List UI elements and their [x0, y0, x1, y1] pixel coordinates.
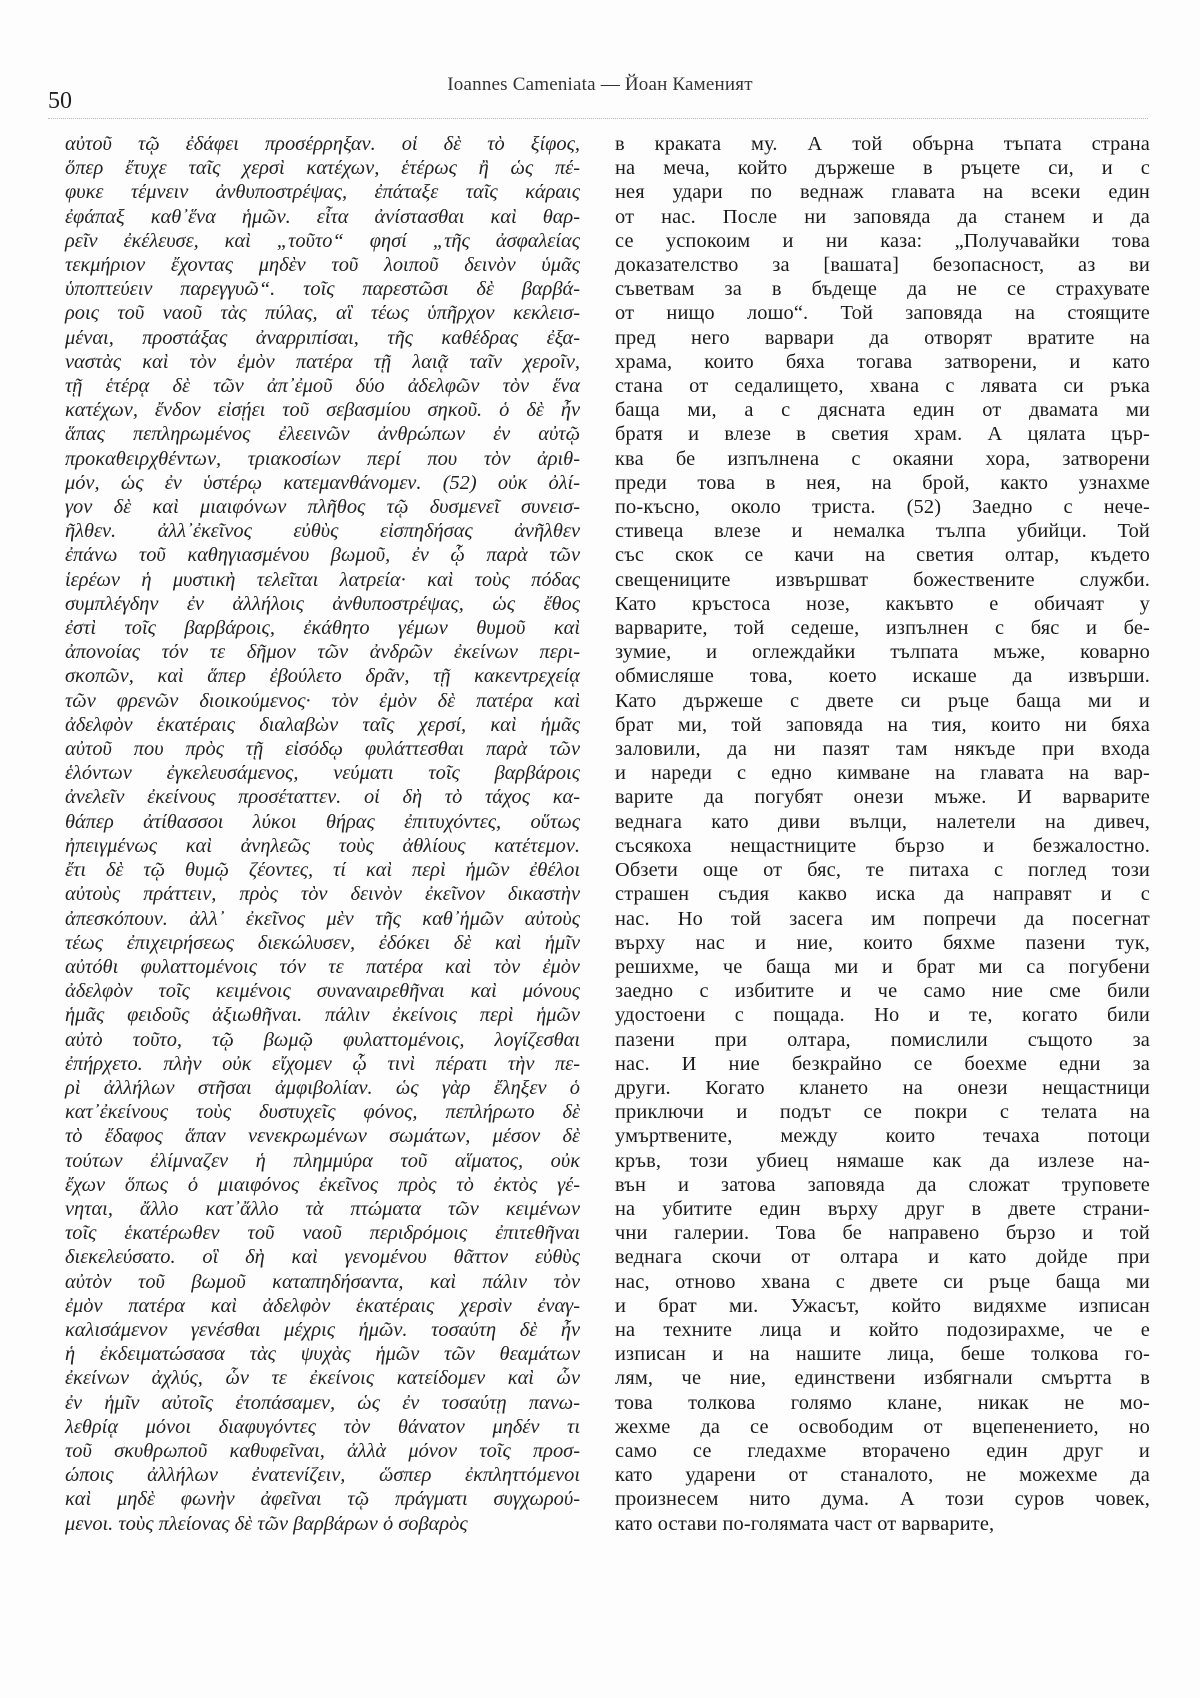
text-line: ἱερέων ἡ μυστικὴ τελεῖται λατρεία· καὶ τ… — [65, 568, 580, 592]
text-line: λεθρίᾳ μόνοι διαφυγόντες τὸν θάνατον μηδ… — [65, 1415, 580, 1439]
text-line: ναστὰς καὶ τὸν ἐμὸν πατέρα τῇ λαιᾷ ταῖν … — [65, 350, 580, 374]
text-line: по-късно, около триста. (52) Заедно с не… — [615, 495, 1150, 519]
text-line: ἐν ἡμῖν αὐτοῖς ἐτοπάσαμεν, ὡς ἐν τοσαύτῃ… — [65, 1391, 580, 1415]
text-line: умъртвените, между които течаха потоци — [615, 1124, 1150, 1148]
text-line: братя и влезе в светия храм. А цялата цъ… — [615, 422, 1150, 446]
text-line: ἡμᾶς φειδοῦς ἀξιωθῆναι. πάλιν ἐκείνοις π… — [65, 1003, 580, 1027]
text-line: нея удари по веднаж главата на всеки еди… — [615, 180, 1150, 204]
text-line: само се гледахме вторачено един друг и — [615, 1439, 1150, 1463]
text-line: σκοπῶν, καὶ ἅπερ ἐβούλετο δρᾶν, τῇ κακεν… — [65, 664, 580, 688]
text-line: ἐστὶ τοῖς βαρβάροις, ἐκάθητο γέμων θυμοῦ… — [65, 616, 580, 640]
bulgarian-text-column: в краката му. А той обърна тъпата страна… — [615, 132, 1150, 1536]
text-line: нас. И ние безкрайно се боехме едни за — [615, 1052, 1150, 1076]
text-line: брат ми, той заповяда на тия, които ни б… — [615, 713, 1150, 737]
text-line: жехме да се освободим от вцепенението, н… — [615, 1415, 1150, 1439]
text-line: кръв, този убиец нямаше как да излезе на… — [615, 1149, 1150, 1173]
text-line: веднага скочи от олтара и като дойде при — [615, 1245, 1150, 1269]
text-line: зумие, и оглеждайки тълпата мъже, коварн… — [615, 640, 1150, 664]
text-line: веднага като диви вълци, налетели на див… — [615, 810, 1150, 834]
text-line: τῇ ἑτέρᾳ δὲ τῶν ἀπ᾽ἐμοῦ δύο ἀδελφῶν τὸν … — [65, 374, 580, 398]
text-line: варите да погубят онези мъже. И варварит… — [615, 785, 1150, 809]
text-line: решихме, че баща ми и брат ми са погубен… — [615, 955, 1150, 979]
text-line: συμπλέγδην ἐν ἀλλήλοις ἀνθυποστρέψας, ὡς… — [65, 592, 580, 616]
text-line: храма, които бяха тогава затворени, и ка… — [615, 350, 1150, 374]
text-line: на убитите един върху друг в двете стран… — [615, 1197, 1150, 1221]
text-line: на меча, който държеше в ръцете си, и с — [615, 156, 1150, 180]
text-line: изписан и на нашите лица, беше толкова г… — [615, 1342, 1150, 1366]
text-line: μενοι. τοὺς πλείονας δὲ τῶν βαρβάρων ὁ σ… — [65, 1512, 580, 1536]
text-line: чни галерии. Това бе направено бързо и т… — [615, 1221, 1150, 1245]
text-line: и брат ми. Ужасът, който видяхме изписан — [615, 1294, 1150, 1318]
page-number: 50 — [48, 88, 72, 115]
text-line: върху нас и ние, които бяхме пазени тук, — [615, 931, 1150, 955]
text-line: преди това в нея, на брой, както узнахме — [615, 471, 1150, 495]
text-line: вън и затова заповяда да сложат труповет… — [615, 1173, 1150, 1197]
text-line: θάπερ ἀτίθασσοι λύκοι θήρας ἐπιτυχόντες,… — [65, 810, 580, 834]
text-line: αὐτοὺς πράττειν, πρὸς τὸν δεινὸν ἐκεῖνον… — [65, 882, 580, 906]
text-line: други. Когато клането на онези нещастниц… — [615, 1076, 1150, 1100]
book-page: 50 Ioannes Cameniata — Йоан Каменият αὐτ… — [0, 0, 1200, 1698]
text-line: ἐπήρχετο. πλὴν οὐκ εἴχομεν ᾧ τινὶ πέρατι… — [65, 1052, 580, 1076]
text-line: като остави по-голямата част от варварит… — [615, 1512, 1150, 1536]
text-line: лям, че ние, единствени избягнали смъртт… — [615, 1366, 1150, 1390]
text-line: ἅπας πεπληρωμένος ἐλεεινῶν ἀνθρώπων ἐν α… — [65, 422, 580, 446]
text-line: ὑποπτεύειν παρεγγυῶ“. τοῖς παρεστῶσι δὲ … — [65, 277, 580, 301]
text-line: варварите, той седеше, изпълнен с бяс и … — [615, 616, 1150, 640]
text-line: ρεῖν ἐκέλευσε, καὶ „τοῦτο“ φησί „τῆς ἀσφ… — [65, 229, 580, 253]
text-line: нас, отново хвана с двете си ръце баща м… — [615, 1270, 1150, 1294]
text-line: Като държеше с двете си ръце баща ми и — [615, 689, 1150, 713]
text-line: μέναι, προστάξας ἀναρριπίσαι, τῆς καθέδρ… — [65, 326, 580, 350]
text-line: свещениците извършват божествените служб… — [615, 568, 1150, 592]
text-line: ἀπεσκόπουν. ἀλλ᾽ ἐκεῖνος μὲν τῆς καθ᾽ἡμῶ… — [65, 907, 580, 931]
text-line: доказателство за [вашата] безопасност, а… — [615, 253, 1150, 277]
text-line: τέως ἐπιχειρήσεως διεκώλυσεν, ἐδόκει δὲ … — [65, 931, 580, 955]
text-line: ώποις ἀλλήλων ἐνατενίζειν, ὥσπερ ἐκπληττ… — [65, 1463, 580, 1487]
text-line: съветвам за в бъдеще да не се страхувате — [615, 277, 1150, 301]
text-line: баща ми, а с дясната един от двамата ми — [615, 398, 1150, 422]
text-line: ἔχων ὅπως ὁ μιαιφόνος ἐκεῖνος πρὸς τὸ ἐκ… — [65, 1173, 580, 1197]
text-line: стана от седалището, хвана с лявата си р… — [615, 374, 1150, 398]
text-line: τούτων ἐλίμναζεν ἡ πλημμύρα τοῦ αἵματος,… — [65, 1149, 580, 1173]
text-line: произнесем нито дума. А този суров човек… — [615, 1487, 1150, 1511]
text-line: ἀνελεῖν ἐκείνους προσέταττεν. οἱ δὴ τὸ τ… — [65, 785, 580, 809]
text-line: κατέχων, ἔνδον εἰσῄει τοῦ σεβασμίου σηκο… — [65, 398, 580, 422]
text-line: ἐμὸν πατέρα καὶ ἀδελφὸν ἑκατέραις χερσὶν… — [65, 1294, 580, 1318]
text-line: се успокоим и ни каза: „Получавайки това — [615, 229, 1150, 253]
text-line: γον δὲ καὶ μιαιφόνων πλῆθος τῷ δυσμενεῖ … — [65, 495, 580, 519]
text-line: в краката му. А той обърна тъпата страна — [615, 132, 1150, 156]
text-line: ρὶ ἀλλήλων στῆσαι ἀμφιβολίαν. ὡς γὰρ ἔλη… — [65, 1076, 580, 1100]
text-line: ἡ ἐκδειματώσασα τὰς ψυχὰς ἡμῶν τῶν θεαμά… — [65, 1342, 580, 1366]
text-line: ροις τοῦ ναοῦ τὰς πύλας, αἳ τέως ὑπῆρχον… — [65, 301, 580, 325]
text-line: τὸ ἔδαφος ἅπαν νενεκρωμένων σωμάτων, μέσ… — [65, 1124, 580, 1148]
header-rule — [48, 118, 1148, 119]
text-line: αὐτοῦ που πρὸς τῇ εἰσόδῳ φυλάττεσθαι παρ… — [65, 737, 580, 761]
text-line: διεκελεύσατο. οἳ δὴ καὶ γενομένου θᾶττον… — [65, 1245, 580, 1269]
text-line: ἠπειγμένως καὶ ἀνηλεῶς τοὺς ἀθλίους κατέ… — [65, 834, 580, 858]
text-line: удостоени с пощада. Но и те, когато били — [615, 1003, 1150, 1027]
text-line: ἀδελφὸν ἑκατέραις διαλαβὼν ταῖς χερσί, κ… — [65, 713, 580, 737]
text-line: τοῖς ἑκατέρωθεν τοῦ ναοῦ περιδρόμοις ἐπι… — [65, 1221, 580, 1245]
text-line: αὐτόθι φυλαττομένοις τόν τε πατέρα καὶ τ… — [65, 955, 580, 979]
text-line: страшен съдия какво иска да направят и с — [615, 882, 1150, 906]
text-line: стивеца влезе и немалка тълпа убийци. То… — [615, 519, 1150, 543]
text-line: τῶν φρενῶν διοικούμενος· τὸν ἐμὸν δὲ πατ… — [65, 689, 580, 713]
text-line: αὐτὸ τοῦτο, τῷ βωμῷ φυλαττομένοις, λογίζ… — [65, 1028, 580, 1052]
text-line: ἐπάνω τοῦ καθηγιασμένου βωμοῦ, ἐν ᾧ παρὰ… — [65, 543, 580, 567]
text-line: τοῦ σκυθρωποῦ καθυφεῖναι, ἀλλὰ μόνον τοῖ… — [65, 1439, 580, 1463]
text-line: Като кръстоса нозе, какъвто е обичаят у — [615, 592, 1150, 616]
text-line: обмисляше това, което искаше да извърши. — [615, 664, 1150, 688]
text-line: ἀδελφὸν τοῖς κειμένοις συναναιρεθῆναι κα… — [65, 979, 580, 1003]
text-line: Обзети още от бяс, те питаха с поглед то… — [615, 858, 1150, 882]
text-line: κατ᾽ἐκείνους τοὺς δυστυχεῖς φόνος, πεπλή… — [65, 1100, 580, 1124]
text-line: нас. Но той засега им попречи да посегна… — [615, 907, 1150, 931]
text-line: ἔτι δὲ τῷ θυμῷ ζέοντες, τί καὶ περὶ ἡμῶν… — [65, 858, 580, 882]
text-line: ἐφάπαξ καθ᾽ἕνα ἡμῶν. εἶτα ἀνίστασθαι καὶ… — [65, 205, 580, 229]
text-line: съсякоха нещастниците бързо и безжалостн… — [615, 834, 1150, 858]
text-line: προκαθειρχθέντων, τριακοσίων περί που τὸ… — [65, 447, 580, 471]
text-line: μόν, ὡς ἐν ὑστέρῳ κατεμανθάνομεν. (52) ο… — [65, 471, 580, 495]
text-line: като ударени от станалото, не можехме да — [615, 1463, 1150, 1487]
text-line: ἀπονοίας τόν τε δῆμον τῶν ἀνδρῶν ἐκείνων… — [65, 640, 580, 664]
text-line: αὐτὸν τοῦ βωμοῦ καταπηδήσαντα, καὶ πάλιν… — [65, 1270, 580, 1294]
text-line: τεκμήριον ἔχοντας μηδὲν τοῦ λοιποῦ δεινὸ… — [65, 253, 580, 277]
text-line: от нас. После ни заповяда да станем и да — [615, 205, 1150, 229]
text-line: приключи и подът се покри с телата на — [615, 1100, 1150, 1124]
text-line: ква бе изпълнена с окаяни хора, затворен… — [615, 447, 1150, 471]
text-line: ῆλθεν. ἀλλ᾽ἐκεῖνος εὐθὺς εἰσπηδήσας ἀνῆλ… — [65, 519, 580, 543]
text-line: това толкова голямо клане, никак не мо- — [615, 1391, 1150, 1415]
text-line: заедно с избитите и че само ние сме били — [615, 979, 1150, 1003]
text-line: καλισάμενον γενέσθαι μέχρις ἡμῶν. τοσαύτ… — [65, 1318, 580, 1342]
text-line: пред него варвари да отворят вратите на — [615, 326, 1150, 350]
text-line: ἐκείνων ἀχλύς, ὧν τε ἐκείνοις κατείδομεν… — [65, 1366, 580, 1390]
text-line: пазени при олтара, помислили същото за — [615, 1028, 1150, 1052]
text-line: νηται, ἄλλο κατ᾽ἄλλο τὰ πτώματα τῶν κειμ… — [65, 1197, 580, 1221]
text-line: от нищо лошо“. Той заповяда на стоящите — [615, 301, 1150, 325]
text-line: и нареди с едно кимване на главата на ва… — [615, 761, 1150, 785]
text-line: αὐτοῦ τῷ ἐδάφει προσέρρηξαν. οἱ δὲ τὸ ξί… — [65, 132, 580, 156]
text-line: ὅπερ ἔτυχε ταῖς χερσὶ κατέχων, ἑτέρως ἢ … — [65, 156, 580, 180]
text-line: ἑλόντων ἐγκελευσάμενος, νεύματι τοῖς βαρ… — [65, 761, 580, 785]
text-line: заловили, да ни пазят там някъде при вхо… — [615, 737, 1150, 761]
text-line: на техните лица и който подозирахме, че … — [615, 1318, 1150, 1342]
running-head: Ioannes Cameniata — Йоан Каменият — [300, 74, 900, 96]
text-line: със скок се качи на светия олтар, където — [615, 543, 1150, 567]
text-line: καὶ μηδὲ φωνὴν ἀφεῖναι τῷ πράγματι συγχω… — [65, 1487, 580, 1511]
greek-text-column: αὐτοῦ τῷ ἐδάφει προσέρρηξαν. οἱ δὲ τὸ ξί… — [65, 132, 580, 1536]
text-line: φυκε τέμνειν ἀνθυποστρέψας, ἐπάταξε ταῖς… — [65, 180, 580, 204]
